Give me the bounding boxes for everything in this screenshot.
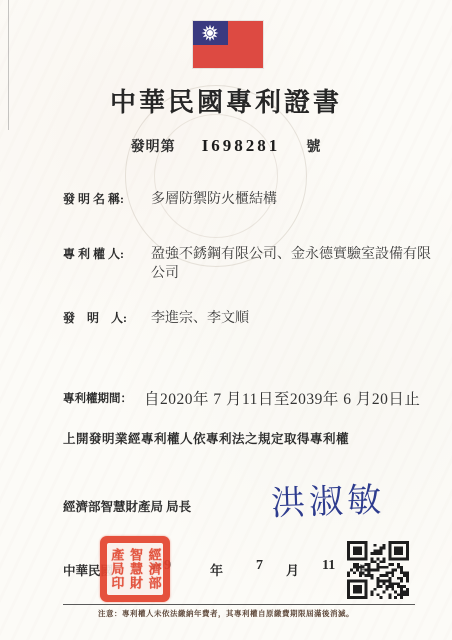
- grant-statement: 上開發明業經專利權人依專利法之規定取得專利權: [63, 429, 349, 447]
- issuer-agency-title: 經濟部智慧財產局 局長: [63, 497, 191, 515]
- seal-col-3: 產局印: [109, 548, 123, 590]
- certno-number: I698281: [202, 136, 281, 155]
- invention-name-label: 發 明 名 稱:: [63, 190, 147, 207]
- director-signature: 洪淑敏: [247, 471, 409, 526]
- invention-name-value: 多層防禦防火櫃結構: [151, 190, 443, 209]
- certno-suffix: 號: [306, 140, 321, 155]
- seal-col-2: 智慧財: [128, 548, 142, 590]
- field-invention-name: 發 明 名 稱: 多層防禦防火櫃結構: [63, 190, 443, 209]
- certno-prefix: 發明第: [131, 140, 176, 155]
- patent-term-value: 自2020年 7 月11日至2039年 6 月20日止: [144, 391, 420, 408]
- official-seal-text: 經濟部 智慧財 產局印: [107, 543, 163, 595]
- field-inventor: 發 明 人: 李進宗、李文順: [63, 309, 443, 328]
- footer-divider: [63, 604, 415, 605]
- footer-note: 注意：專利權人未依法繳納年費者，其專利權自原繳費期限屆滿後消滅。: [40, 608, 412, 619]
- qr-code: [347, 541, 409, 599]
- date-month: 7: [256, 558, 263, 574]
- seal-col-1: 經濟部: [147, 548, 161, 590]
- patentee-label: 專 利 權 人:: [63, 245, 147, 262]
- date-day: 11: [322, 558, 335, 574]
- field-patent-term: 專利權期間： 自2020年 7 月11日至2039年 6 月20日止: [63, 387, 420, 409]
- certificate-title: 中華民國專利證書: [0, 82, 452, 119]
- patentee-value: 盈強不銹鋼有限公司、金永德實驗室設備有限公司: [151, 245, 443, 283]
- field-patentee: 專 利 權 人: 盈強不銹鋼有限公司、金永德實驗室設備有限公司: [63, 245, 443, 283]
- date-year-unit: 年: [210, 560, 223, 579]
- inventor-value: 李進宗、李文順: [151, 309, 443, 328]
- inventor-label: 發 明 人:: [63, 309, 147, 326]
- roc-flag-icon: [193, 21, 263, 68]
- official-seal: 經濟部 智慧財 產局印: [100, 536, 170, 602]
- patent-term-label: 專利權期間：: [63, 393, 132, 405]
- certificate-number-line: 發明第 I698281 號: [0, 136, 452, 156]
- date-month-unit: 月: [286, 560, 299, 579]
- flag-sun-icon: [200, 23, 220, 43]
